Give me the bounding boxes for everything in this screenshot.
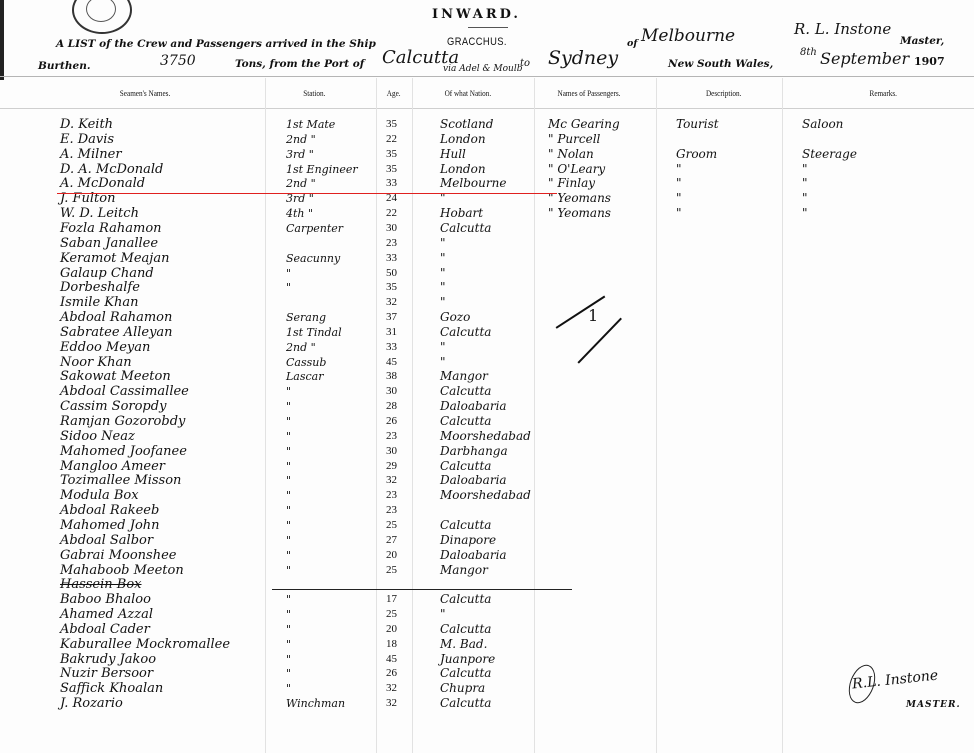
crew-age: 30 — [386, 384, 397, 399]
passenger-remarks: " — [802, 176, 808, 191]
crew-row: Dorbeshalfe"35" — [0, 280, 974, 295]
crew-name: J. Rozario — [60, 696, 123, 711]
list-label: A LIST of the Crew and Passengers arrive… — [56, 38, 376, 50]
crew-age: 25 — [386, 607, 397, 622]
crew-name: Mangloo Ameer — [60, 459, 165, 474]
crew-name: Abdoal Salbor — [60, 533, 153, 548]
crew-name: Keramot Meajan — [60, 251, 169, 266]
passenger-description: Tourist — [676, 117, 719, 132]
crew-station: " — [286, 429, 291, 444]
crew-name: Modula Box — [60, 488, 139, 503]
crew-name: Sakowat Meeton — [60, 369, 171, 384]
crew-row: Saban Janallee23" — [0, 236, 974, 251]
crew-station: " — [286, 384, 291, 399]
crew-age: 30 — [386, 221, 397, 236]
crew-station: " — [286, 666, 291, 681]
crew-station: " — [286, 548, 291, 563]
crew-station: " — [286, 459, 291, 474]
crew-station: Lascar — [286, 369, 324, 384]
crew-row: Fozla RahamonCarpenter30Calcutta — [0, 221, 974, 236]
via-route: via Adel & Moulb — [443, 64, 522, 74]
crew-age: 18 — [386, 637, 397, 652]
crew-age: 23 — [386, 503, 397, 518]
crew-row: Saffick Khoalan"32Chupra — [0, 681, 974, 696]
crew-station: " — [286, 637, 291, 652]
crew-row: Abdoal Salbor"27Dinapore — [0, 533, 974, 548]
date-year: 1907 — [914, 55, 945, 68]
crew-age: 38 — [386, 369, 397, 384]
crew-station: " — [286, 518, 291, 533]
crew-station: " — [286, 681, 291, 696]
passenger-row: " Finlay"" — [0, 176, 974, 191]
crew-name: Dorbeshalfe — [60, 280, 140, 295]
crew-row: Abdoal Cader"20Calcutta — [0, 622, 974, 637]
crew-row: Keramot MeajanSeacunny33" — [0, 251, 974, 266]
crew-nation: " — [440, 340, 446, 355]
passenger-name: " Purcell — [548, 132, 600, 147]
crew-age: 27 — [386, 533, 397, 548]
crew-nation: " — [440, 266, 446, 281]
crew-station: Carpenter — [286, 221, 343, 236]
crew-station: " — [286, 652, 291, 667]
crew-nation: Calcutta — [440, 221, 491, 236]
col-header-remarks: Remarks. — [870, 89, 897, 98]
crew-nation: Gozo — [440, 310, 470, 325]
crew-row: Sakowat MeetonLascar38Mangor — [0, 369, 974, 384]
crew-name: Bakrudy Jakoo — [60, 652, 156, 667]
passenger-description: " — [676, 206, 682, 221]
crew-nation: Calcutta — [440, 518, 491, 533]
col-header-description: Description. — [706, 89, 741, 98]
crew-age: 25 — [386, 518, 397, 533]
red-rule — [57, 193, 557, 194]
crew-row: Galaup Chand"50" — [0, 266, 974, 281]
crew-row: Hassein Box — [0, 577, 974, 592]
crew-nation: Mangor — [440, 563, 488, 578]
passenger-name: " O'Leary — [548, 162, 605, 177]
crew-age: 32 — [386, 473, 397, 488]
crew-nation: Calcutta — [440, 325, 491, 340]
crew-row: Ahamed Azzal"25" — [0, 607, 974, 622]
crew-name: Abdoal Rakeeb — [60, 503, 159, 518]
crew-station: Cassub — [286, 355, 326, 370]
crew-nation: " — [440, 280, 446, 295]
crew-nation: Chupra — [440, 681, 485, 696]
crew-row: Modula Box"23Moorshedabad — [0, 488, 974, 503]
passenger-name: " Finlay — [548, 176, 595, 191]
crew-row: J. RozarioWinchman32Calcutta — [0, 696, 974, 711]
crew-age: 23 — [386, 488, 397, 503]
crew-station: " — [286, 414, 291, 429]
col-header-name: Seamen's Names. — [120, 89, 170, 98]
crew-name: Baboo Bhaloo — [60, 592, 151, 607]
crew-nation: Juanpore — [440, 652, 495, 667]
passenger-description: " — [676, 162, 682, 177]
crew-age: 37 — [386, 310, 397, 325]
crew-name: Ismile Khan — [60, 295, 138, 310]
crew-station: " — [286, 280, 291, 295]
passenger-row: " Yeomans"" — [0, 206, 974, 221]
passenger-remarks: " — [802, 191, 808, 206]
crew-age: 45 — [386, 355, 397, 370]
crew-station: " — [286, 473, 291, 488]
crew-nation: " — [440, 295, 446, 310]
crew-name: Abdoal Cassimallee — [60, 384, 189, 399]
to-port: Sydney — [548, 47, 618, 69]
crew-row: Mangloo Ameer"29Calcutta — [0, 459, 974, 474]
crew-age: 26 — [386, 666, 397, 681]
crew-age: 33 — [386, 340, 397, 355]
crew-station: " — [286, 563, 291, 578]
section-divider — [272, 589, 572, 590]
crew-nation: Calcutta — [440, 414, 491, 429]
crew-row: Gabrai Moonshee"20Daloabaria — [0, 548, 974, 563]
crew-nation: M. Bad. — [440, 637, 487, 652]
passenger-name: " Yeomans — [548, 206, 611, 221]
crew-name: Noor Khan — [60, 355, 132, 370]
crew-name: Abdoal Cader — [60, 622, 150, 637]
master-label: Master, — [900, 35, 944, 47]
crew-station: " — [286, 399, 291, 414]
crew-age: 33 — [386, 251, 397, 266]
passenger-description: Groom — [676, 147, 717, 162]
crew-name: Fozla Rahamon — [60, 221, 162, 236]
passenger-remarks: Saloon — [802, 117, 843, 132]
crew-age: 28 — [386, 399, 397, 414]
official-stamp — [72, 0, 132, 34]
crew-name: Sabratee Alleyan — [60, 325, 173, 340]
crew-station: " — [286, 488, 291, 503]
burthen-label: Burthen. — [38, 60, 91, 72]
crew-name: Ramjan Gozorobdy — [60, 414, 185, 429]
passenger-name: " Nolan — [548, 147, 594, 162]
crew-station: 1st Tindal — [286, 325, 342, 340]
crew-name: Kaburallee Mockromallee — [60, 637, 230, 652]
crew-age: 25 — [386, 563, 397, 578]
crew-row: Mahaboob Meeton"25Mangor — [0, 563, 974, 578]
crew-age: 50 — [386, 266, 397, 281]
header-rule-bottom — [0, 108, 974, 109]
crew-station: " — [286, 503, 291, 518]
passenger-row: " O'Leary"" — [0, 162, 974, 177]
crew-age: 35 — [386, 280, 397, 295]
crew-age: 32 — [386, 696, 397, 711]
master-label-footer: MASTER. — [906, 700, 961, 710]
to-label: to — [520, 58, 530, 69]
crew-nation: Daloabaria — [440, 548, 507, 563]
crew-name: Gabrai Moonshee — [60, 548, 176, 563]
crew-row: Tozimallee Misson"32Daloabaria — [0, 473, 974, 488]
col-header-age: Age. — [387, 89, 401, 98]
crew-age: 45 — [386, 652, 397, 667]
crew-age: 26 — [386, 414, 397, 429]
crew-row: Bakrudy Jakoo"45Juanpore — [0, 652, 974, 667]
passenger-row: Mc GearingTouristSaloon — [0, 117, 974, 132]
crew-row: Nuzir Bersoor"26Calcutta — [0, 666, 974, 681]
crew-nation: Daloabaria — [440, 473, 507, 488]
crew-name: Hassein Box — [60, 577, 142, 592]
crew-row: Ramjan Gozorobdy"26Calcutta — [0, 414, 974, 429]
crew-age: 17 — [386, 592, 397, 607]
crew-nation: Darbhanga — [440, 444, 508, 459]
state-label: New South Wales, — [668, 58, 773, 70]
crew-nation: " — [440, 607, 446, 622]
crew-station: 2nd " — [286, 340, 316, 355]
crew-station: Serang — [286, 310, 326, 325]
crew-row: Sidoo Neaz"23Moorshedabad — [0, 429, 974, 444]
crew-age: 32 — [386, 295, 397, 310]
col-header-nation: Of what Nation. — [445, 89, 492, 98]
crew-name: Mahomed Joofanee — [60, 444, 187, 459]
crew-station: Winchman — [286, 696, 345, 711]
crew-nation: Dinapore — [440, 533, 496, 548]
crew-name: Cassim Soropdy — [60, 399, 166, 414]
crew-row: Mahomed John"25Calcutta — [0, 518, 974, 533]
crew-nation: Calcutta — [440, 592, 491, 607]
col-header-passengers: Names of Passengers. — [557, 89, 620, 98]
passenger-description: " — [676, 176, 682, 191]
master-name: R. L. Instone — [794, 20, 891, 38]
crew-nation: Moorshedabad — [440, 429, 531, 444]
crew-name: Eddoo Meyan — [60, 340, 150, 355]
crew-station: " — [286, 592, 291, 607]
scan-edge — [0, 0, 4, 80]
crew-name: Ahamed Azzal — [60, 607, 153, 622]
crew-age: 20 — [386, 548, 397, 563]
passenger-remarks: " — [802, 162, 808, 177]
crew-row: Eddoo Meyan2nd "33" — [0, 340, 974, 355]
passenger-remarks: " — [802, 206, 808, 221]
crew-age: 32 — [386, 681, 397, 696]
burthen-value: 3750 — [160, 53, 196, 69]
crew-station: " — [286, 607, 291, 622]
crew-row: Ismile Khan32" — [0, 295, 974, 310]
crew-age: 29 — [386, 459, 397, 474]
crew-name: Saffick Khoalan — [60, 681, 163, 696]
annotation-mark: 1 — [588, 306, 598, 325]
crew-nation: Daloabaria — [440, 399, 507, 414]
passenger-row: " NolanGroomSteerage — [0, 147, 974, 162]
tons-label: Tons, from the Port of — [235, 58, 364, 70]
crew-age: 30 — [386, 444, 397, 459]
crew-row: Baboo Bhaloo"17Calcutta — [0, 592, 974, 607]
crew-nation: Calcutta — [440, 666, 491, 681]
crew-row: Abdoal Rakeeb"23 — [0, 503, 974, 518]
crew-name: Saban Janallee — [60, 236, 158, 251]
passenger-name: Mc Gearing — [548, 117, 620, 132]
crew-station: " — [286, 266, 291, 281]
of-label: of — [627, 38, 637, 49]
crew-nation: Calcutta — [440, 384, 491, 399]
crew-name: Nuzir Bersoor — [60, 666, 153, 681]
col-header-station: Station. — [303, 89, 325, 98]
date-day: 8th — [800, 47, 817, 58]
crew-nation: " — [440, 236, 446, 251]
header-rule-top — [0, 76, 974, 77]
home-port: Melbourne — [641, 26, 735, 46]
crew-nation: Mangor — [440, 369, 488, 384]
crew-age: 31 — [386, 325, 397, 340]
crew-row: Abdoal Cassimallee"30Calcutta — [0, 384, 974, 399]
crew-station: Seacunny — [286, 251, 340, 266]
date-month: September — [820, 49, 909, 68]
crew-nation: Moorshedabad — [440, 488, 531, 503]
crew-name: Mahomed John — [60, 518, 160, 533]
crew-station: " — [286, 444, 291, 459]
crew-row: Kaburallee Mockromallee"18M. Bad. — [0, 637, 974, 652]
crew-age: 23 — [386, 236, 397, 251]
passenger-description: " — [676, 191, 682, 206]
crew-station: " — [286, 622, 291, 637]
title-rule — [468, 27, 508, 28]
crew-name: Galaup Chand — [60, 266, 154, 281]
crew-age: 23 — [386, 429, 397, 444]
crew-row: Sabratee Alleyan1st Tindal31Calcutta — [0, 325, 974, 340]
passenger-remarks: Steerage — [802, 147, 857, 162]
crew-row: Cassim Soropdy"28Daloabaria — [0, 399, 974, 414]
crew-name: Sidoo Neaz — [60, 429, 135, 444]
document-title: INWARD. — [432, 7, 521, 22]
crew-name: Mahaboob Meeton — [60, 563, 184, 578]
crew-nation: Calcutta — [440, 459, 491, 474]
passenger-name: " Yeomans — [548, 191, 611, 206]
crew-nation: Calcutta — [440, 696, 491, 711]
passenger-row: " Purcell — [0, 132, 974, 147]
crew-row: Abdoal RahamonSerang37Gozo — [0, 310, 974, 325]
crew-age: 20 — [386, 622, 397, 637]
crew-station: " — [286, 533, 291, 548]
crew-name: Abdoal Rahamon — [60, 310, 172, 325]
crew-row: Mahomed Joofanee"30Darbhanga — [0, 444, 974, 459]
crew-nation: Calcutta — [440, 622, 491, 637]
crew-nation: " — [440, 355, 446, 370]
crew-row: Noor KhanCassub45" — [0, 355, 974, 370]
crew-name: Tozimallee Misson — [60, 473, 181, 488]
crew-nation: " — [440, 251, 446, 266]
crew-manifest-page: INWARD. A LIST of the Crew and Passenger… — [0, 0, 974, 753]
